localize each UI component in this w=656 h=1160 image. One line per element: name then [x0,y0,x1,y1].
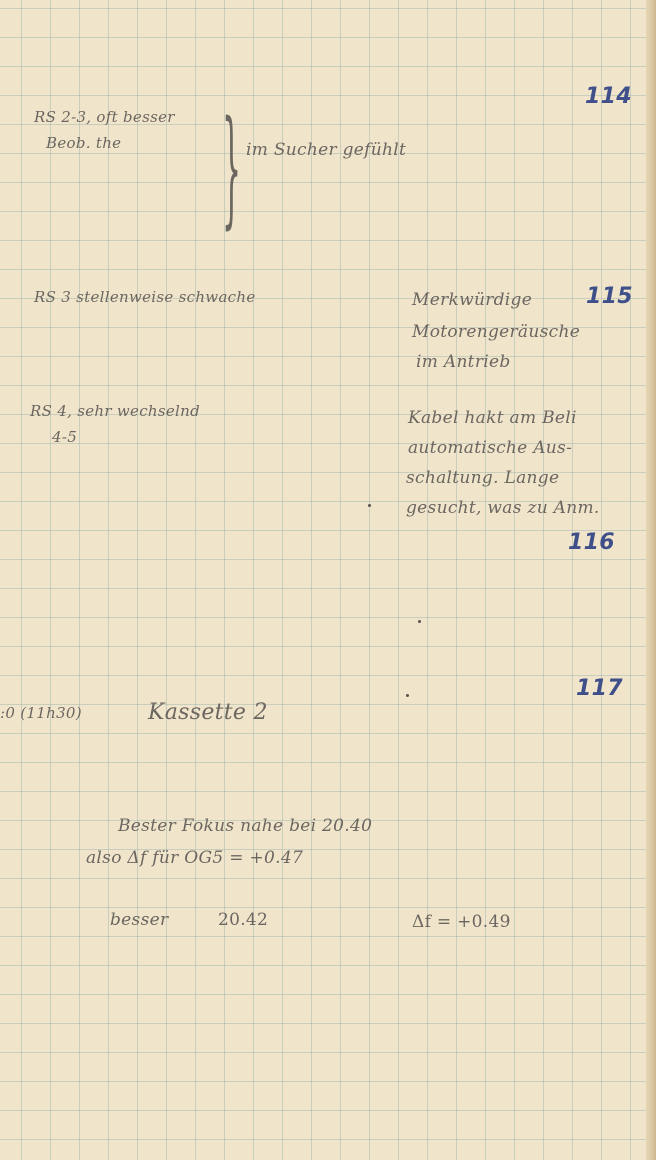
entry-115-right-line-3: im Antrieb [416,352,511,372]
entry-116-right-line-2: automatische Aus- [408,438,572,458]
pencil-dot [368,504,371,507]
pencil-dot [406,694,409,697]
entry-number-114: 114 [585,84,632,109]
entry-number-115: 115 [586,284,633,309]
entry-116-right-line-4: gesucht, was zu Anm. [406,498,600,518]
entry-116-right-line-3: schaltung. Lange [406,468,559,488]
entry-114-line-1: RS 2-3, oft besser [34,108,175,126]
entry-115-right-line-1: Merkwürdige [412,290,532,310]
pencil-dot [418,620,421,623]
focus-note-line-2: also Δf für OG5 = +0.47 [86,848,303,868]
entry-117-time: :0 (11h30) [0,704,82,722]
focus-note-line-3-label: besser [110,910,168,930]
entry-114-brace-note: im Sucher gefühlt [246,140,406,160]
entry-116-line-1: RS 4, sehr wechselnd [30,402,200,420]
focus-note-line-1: Bester Fokus nahe bei 20.40 [118,816,372,836]
notebook-page: 114 RS 2-3, oft besser Beob. the } im Su… [0,0,656,1160]
entry-116-right-line-1: Kabel hakt am Beli [408,408,577,428]
entry-116-line-2: 4-5 [52,428,77,446]
entry-number-116: 116 [568,530,615,555]
curly-brace: } [222,106,241,232]
entry-115-left: RS 3 stellenweise schwache [34,288,256,306]
page-edge [646,0,656,1160]
focus-note-line-3-value: 20.42 [218,910,268,930]
entry-115-right-line-2: Motorengeräusche [412,322,580,342]
focus-note-line-3-delta: Δf = +0.49 [412,912,511,932]
entry-114-line-2: Beob. the [46,134,121,152]
entry-number-117: 117 [576,676,623,701]
entry-117-cassette: Kassette 2 [148,700,268,725]
